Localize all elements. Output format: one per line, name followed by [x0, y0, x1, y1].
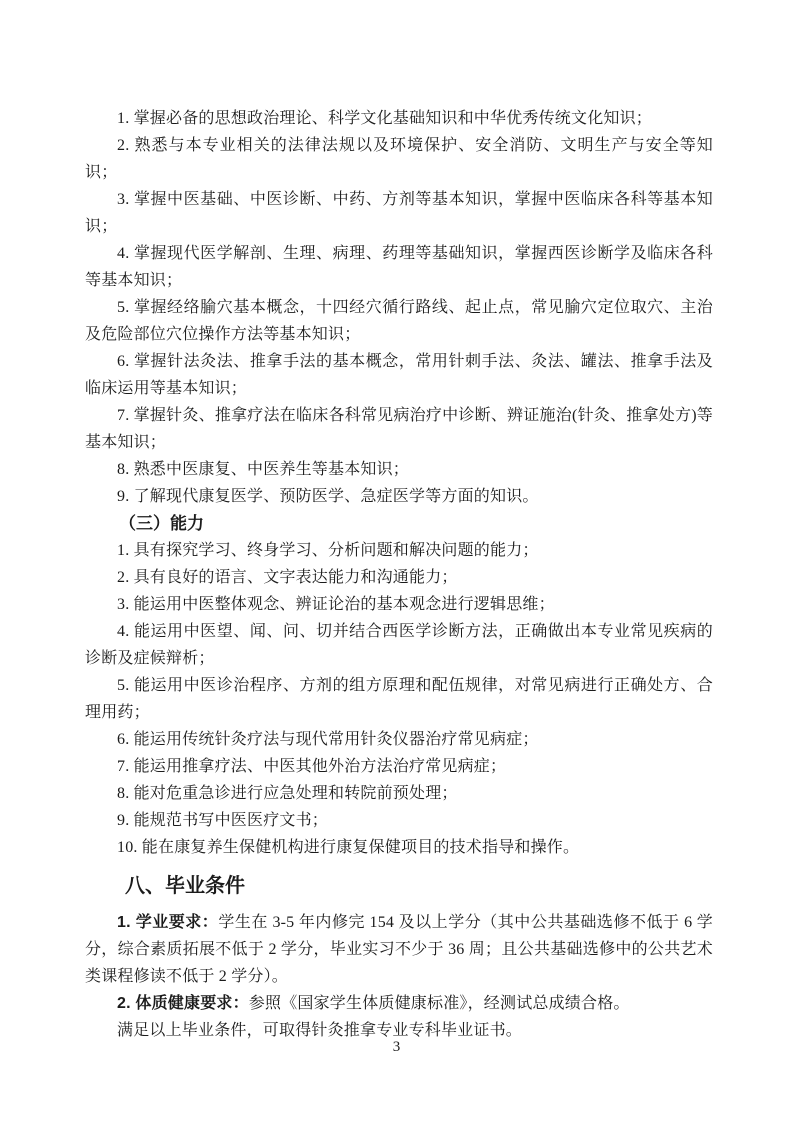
ability-item: 6. 能运用传统针灸疗法与现代常用针灸仪器治疗常见病症； [85, 726, 713, 753]
knowledge-item: 8. 熟悉中医康复、中医养生等基本知识； [85, 456, 713, 483]
knowledge-item: 1. 掌握必备的思想政治理论、科学文化基础知识和中华优秀传统文化知识； [85, 105, 713, 132]
ability-item: 4. 能运用中医望、闻、问、切并结合西医学诊断方法，正确做出本专业常见疾病的诊断… [85, 618, 713, 672]
graduation-paragraph: 2. 体质健康要求：参照《国家学生体质健康标准》，经测试总成绩合格。 [85, 990, 713, 1017]
ability-item: 2. 具有良好的语言、文字表达能力和沟通能力； [85, 564, 713, 591]
knowledge-item: 2. 熟悉与本专业相关的法律法规以及环境保护、安全消防、文明生产与安全等知识； [85, 132, 713, 186]
knowledge-item: 7. 掌握针灸、推拿疗法在临床各科常见病治疗中诊断、辨证施治(针灸、推拿处方)等… [85, 402, 713, 456]
ability-item: 3. 能运用中医整体观念、辨证论治的基本观念进行逻辑思维； [85, 591, 713, 618]
section-heading-ability: （三）能力 [85, 510, 713, 537]
ability-item: 8. 能对危重急诊进行应急处理和转院前预处理； [85, 780, 713, 807]
page-content: 1. 掌握必备的思想政治理论、科学文化基础知识和中华优秀传统文化知识； 2. 熟… [85, 105, 713, 1044]
ability-item: 1. 具有探究学习、终身学习、分析问题和解决问题的能力； [85, 537, 713, 564]
section-heading-graduation: 八、毕业条件 [85, 870, 713, 903]
page-number: 3 [0, 1038, 793, 1056]
knowledge-item: 4. 掌握现代医学解剖、生理、病理、药理等基础知识，掌握西医诊断学及临床各科等基… [85, 240, 713, 294]
graduation-paragraph: 1. 学业要求：学生在 3-5 年内修完 154 及以上学分（其中公共基础选修不… [85, 909, 713, 990]
ability-item: 7. 能运用推拿疗法、中医其他外治方法治疗常见病症； [85, 753, 713, 780]
knowledge-item: 9. 了解现代康复医学、预防医学、急症医学等方面的知识。 [85, 483, 713, 510]
ability-item: 5. 能运用中医诊治程序、方剂的组方原理和配伍规律，对常见病进行正确处方、合理用… [85, 672, 713, 726]
paragraph-lead: 2. 体质健康要求： [117, 995, 249, 1012]
knowledge-item: 5. 掌握经络腧穴基本概念，十四经穴循行路线、起止点，常见腧穴定位取穴、主治及危… [85, 294, 713, 348]
paragraph-text: 参照《国家学生体质健康标准》，经测试总成绩合格。 [249, 995, 630, 1012]
ability-item: 10. 能在康复养生保健机构进行康复保健项目的技术指导和操作。 [85, 834, 713, 861]
paragraph-text: 满足以上毕业条件，可取得针灸推拿专业专科毕业证书。 [117, 1022, 522, 1039]
paragraph-lead: 1. 学业要求： [117, 914, 218, 931]
knowledge-item: 6. 掌握针法灸法、推拿手法的基本概念，常用针刺手法、灸法、罐法、推拿手法及临床… [85, 348, 713, 402]
document-page: 1. 掌握必备的思想政治理论、科学文化基础知识和中华优秀传统文化知识； 2. 熟… [0, 0, 793, 1122]
ability-item: 9. 能规范书写中医医疗文书； [85, 807, 713, 834]
knowledge-item: 3. 掌握中医基础、中医诊断、中药、方剂等基本知识，掌握中医临床各科等基本知识； [85, 186, 713, 240]
